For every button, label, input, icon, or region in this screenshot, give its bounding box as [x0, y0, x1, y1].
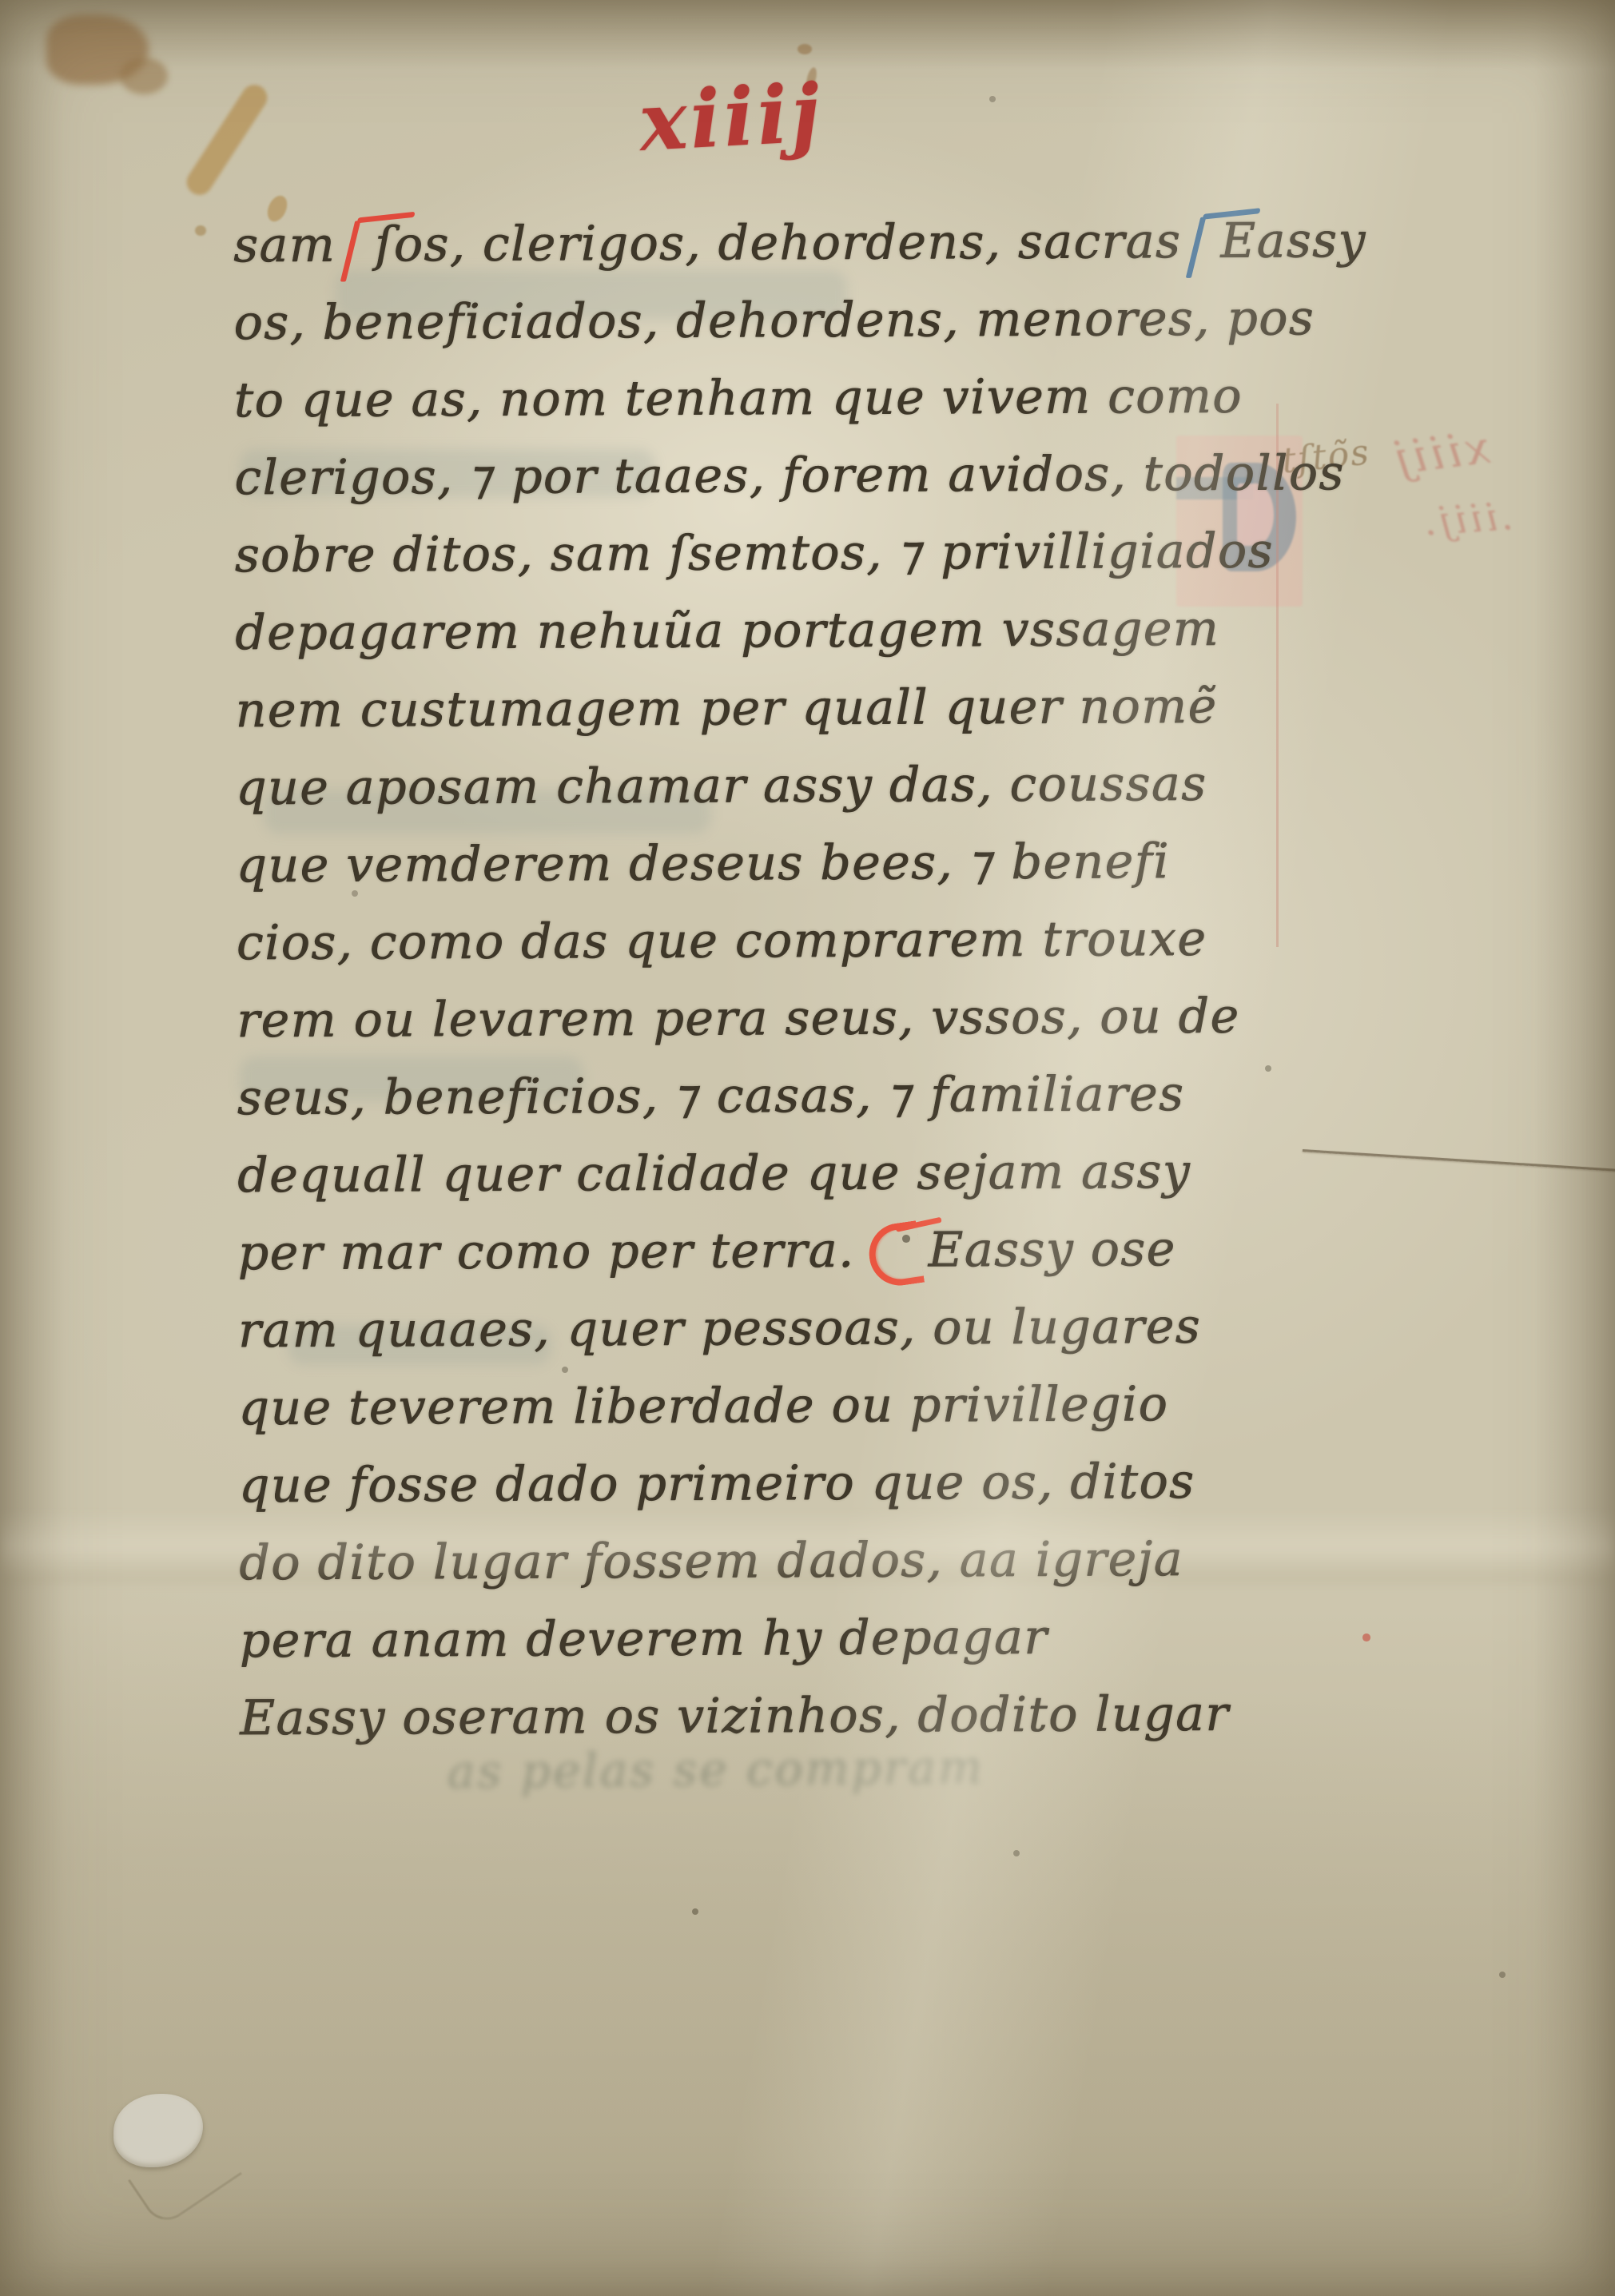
- manuscript-line: per mar como per terra.Eassy ose: [237, 1210, 1356, 1292]
- manuscript-line: cios, como das que comprarem trouxe: [237, 900, 1355, 982]
- manuscript-line: pera anam deverem hy depagar: [239, 1598, 1358, 1680]
- manuscript-line: sobre ditos, sam ſsemtos, ⁊ privilligiad…: [234, 512, 1353, 595]
- manuscript-text: pera anam deverem hy depagar: [239, 1610, 1048, 1669]
- manuscript-text: rem ou levarem pera seus, vssos, ou de: [237, 989, 1239, 1049]
- manuscript-text: ram quaaes, quer pessoas, ou lugares: [238, 1299, 1201, 1359]
- manuscript-text: seus, beneficios, ⁊ casas, ⁊ familiares: [237, 1066, 1184, 1126]
- manuscript-line: que vemderem deseus bees, ⁊ benefi: [236, 822, 1354, 905]
- showthrough-folio-number: xiiij: [1389, 422, 1493, 485]
- manuscript-text: per mar como per terra.: [237, 1223, 854, 1281]
- manuscript-text: sobre ditos, sam ſsemtos, ⁊ privilligiad…: [235, 523, 1274, 583]
- stain-streak: [182, 80, 272, 200]
- manuscript-line: clerigos, ⁊ por taaes, forem avidos, tod…: [234, 435, 1353, 517]
- stain-dot: [195, 225, 206, 236]
- manuscript-line: samſos, clerigos, dehordens, sacrasEassy: [233, 202, 1352, 285]
- manuscript-page: xiiij tſtõs xiiij .iiij. samſos, clerigo…: [0, 0, 1615, 2296]
- manuscript-text: clerigos, ⁊ por taaes, forem avidos, tod…: [234, 445, 1345, 506]
- manuscript-text: dequall quer calidade que sejam assy: [237, 1144, 1191, 1204]
- blue-capitulum-icon: [1186, 217, 1207, 278]
- manuscript-line: rem ou levarem pera seus, vssos, ou de: [237, 977, 1355, 1060]
- manuscript-text: os, beneficiados, dehordens, menores, po…: [233, 290, 1315, 351]
- showthrough-text-line: as pelas se compram: [448, 1737, 1327, 1799]
- red-capitulum-icon: [340, 221, 361, 282]
- manuscript-line: os, beneficiados, dehordens, menores, po…: [233, 280, 1352, 362]
- showthrough-chapter-number: .iiij.: [1419, 494, 1514, 545]
- manuscript-text: sam: [233, 217, 336, 274]
- manuscript-text: Eassy ose: [928, 1221, 1175, 1278]
- manuscript-line: to que as, nom tenham que vivem como: [234, 357, 1353, 440]
- stain-dot: [798, 44, 812, 54]
- stain-top-left-2: [120, 58, 168, 94]
- manuscript-text: depagarem nehuũa portagem vssagem: [235, 601, 1219, 661]
- red-caldeirao-icon: [865, 1221, 925, 1290]
- manuscript-text: que aposam chamar assy das, coussas: [236, 756, 1207, 816]
- manuscript-text: que vemderem deseus bees, ⁊ benefi: [236, 834, 1170, 893]
- manuscript-line: depagarem nehuũa portagem vssagem: [235, 590, 1354, 672]
- crease-soft: [0, 1510, 1615, 1582]
- manuscript-line: nem custumagem per quall quer nomẽ: [235, 667, 1354, 750]
- manuscript-text: Eassy: [1220, 213, 1366, 269]
- manuscript-text: to que as, nom tenham que vivem como: [234, 368, 1243, 429]
- manuscript-line: seus, beneficios, ⁊ casas, ⁊ familiares: [237, 1055, 1355, 1137]
- ink-specks: [0, 0, 3, 3]
- manuscript-line: que teverem liberdade ou privillegio: [238, 1365, 1357, 1447]
- stain-top-left: [46, 14, 149, 85]
- manuscript-text: ſos, clerigos, dehordens, sacras: [375, 213, 1181, 273]
- manuscript-text: cios, como das que comprarem trouxe: [237, 911, 1207, 971]
- manuscript-line: ram quaaes, quer pessoas, ou lugares: [238, 1287, 1357, 1370]
- manuscript-line: que aposam chamar assy das, coussas: [236, 745, 1354, 827]
- manuscript-text: Eassy oseram os vizinhos, dodito lugar: [240, 1686, 1230, 1746]
- manuscript-line: dequall quer calidade que sejam assy: [237, 1132, 1356, 1215]
- manuscript-text: nem custumagem per quall quer nomẽ: [235, 678, 1217, 738]
- folio-number: xiiij: [637, 66, 825, 169]
- manuscript-text: que fosse dado primeiro que os, ditos: [239, 1454, 1195, 1514]
- manuscript-text: que teverem liberdade ou privillegio: [238, 1376, 1168, 1436]
